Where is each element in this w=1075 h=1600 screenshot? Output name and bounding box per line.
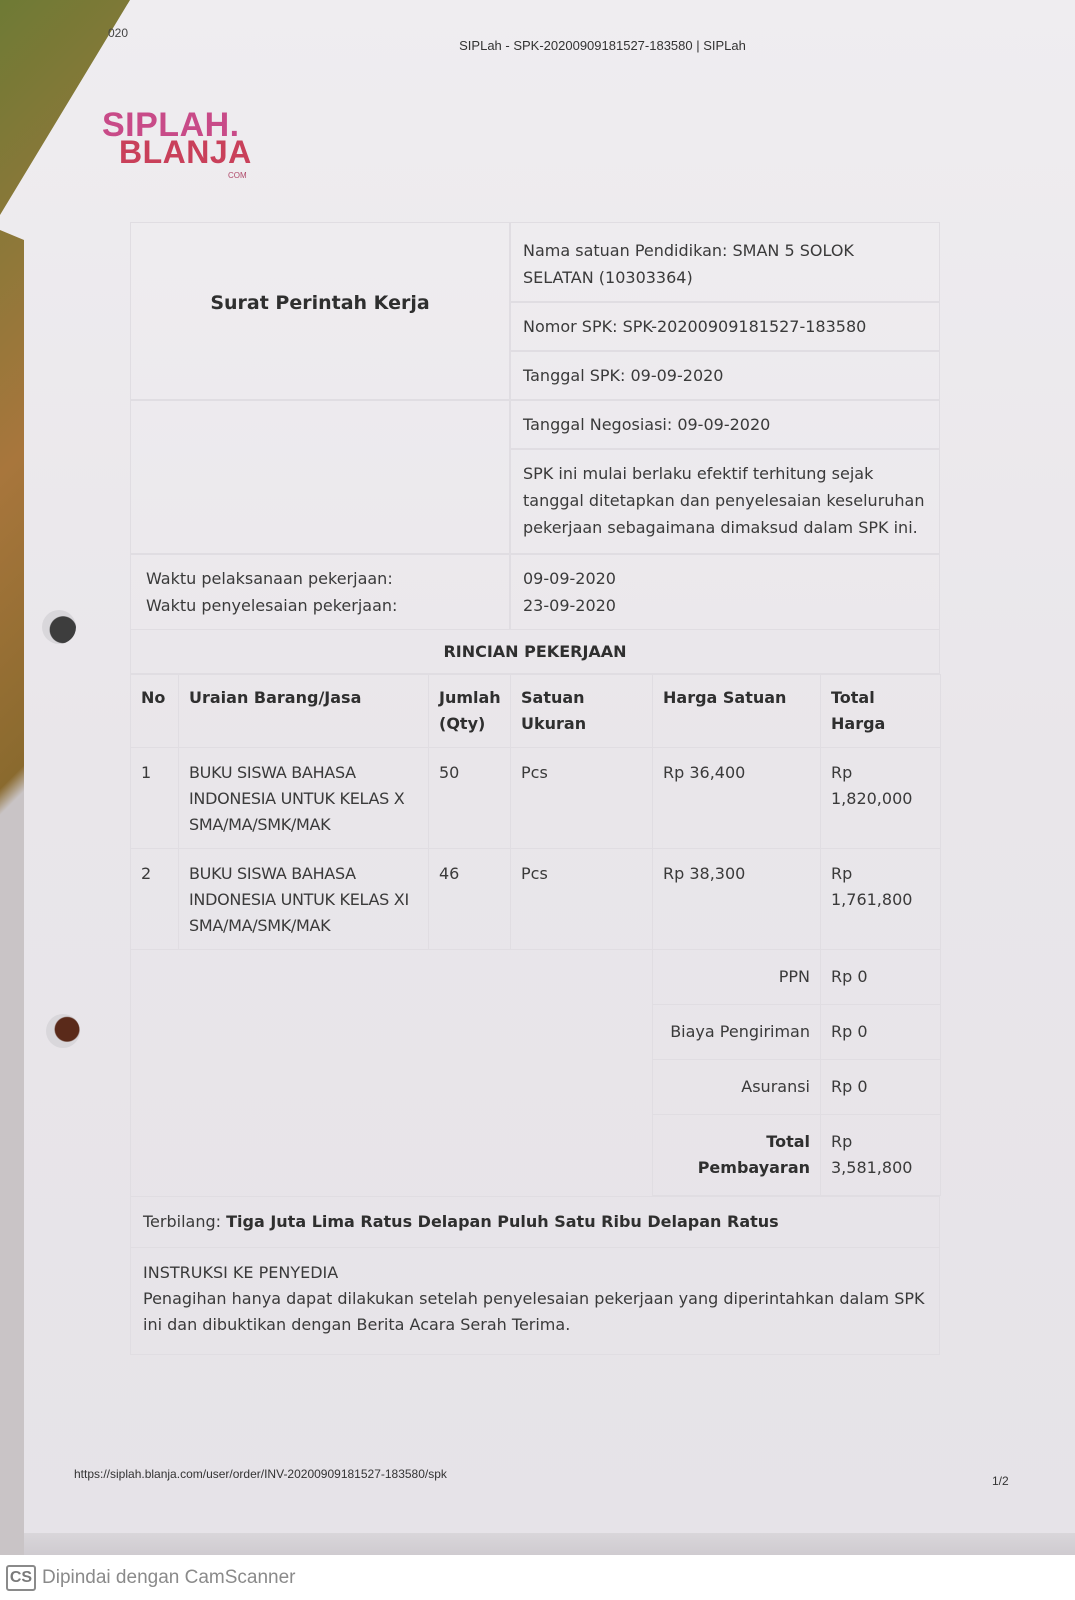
row-no: 1: [131, 748, 179, 849]
row-unit-price: Rp 38,300: [653, 849, 821, 950]
end-label: Waktu penyelesaian pekerjaan:: [146, 592, 497, 619]
schedule-values: 09-09-2020 23-09-2020: [510, 554, 940, 630]
table-row: 1 BUKU SISWA BAHASA INDONESIA UNTUK KELA…: [131, 748, 941, 849]
paper-bottom-edge: [24, 1533, 1075, 1555]
row-qty: 50: [429, 748, 511, 849]
col-unit: Satuan Ukuran: [511, 675, 653, 748]
ppn-value: Rp 0: [821, 950, 941, 1005]
row-total: Rp 1,820,000: [821, 748, 941, 849]
summary-row-insurance: Asuransi Rp 0: [131, 1060, 941, 1115]
end-date: 23-09-2020: [523, 592, 927, 619]
shipping-value: Rp 0: [821, 1005, 941, 1060]
camscanner-logo-icon: CS: [6, 1565, 36, 1591]
camscanner-watermark: CS Dipindai dengan CamScanner: [0, 1555, 1075, 1600]
spk-date: Tanggal SPK: 09-09-2020: [510, 351, 940, 400]
footer-url: https://siplah.blanja.com/user/order/INV…: [74, 1467, 447, 1481]
total-payment-label: Total Pembayaran: [653, 1115, 821, 1196]
insurance-value: Rp 0: [821, 1060, 941, 1115]
camscanner-text: Dipindai dengan CamScanner: [42, 1567, 296, 1589]
items-table: No Uraian Barang/Jasa Jumlah (Qty) Satua…: [130, 674, 941, 1196]
instruction-title: INSTRUKSI KE PENYEDIA: [143, 1260, 927, 1286]
col-total: Total Harga: [821, 675, 941, 748]
col-unit-price: Harga Satuan: [653, 675, 821, 748]
total-payment-value: Rp 3,581,800: [821, 1115, 941, 1196]
header-grid: Surat Perintah Kerja Nama satuan Pendidi…: [130, 222, 940, 554]
row-description: BUKU SISWA BAHASA INDONESIA UNTUK KELAS …: [179, 849, 429, 950]
section-title: RINCIAN PEKERJAAN: [130, 630, 940, 674]
logo-com: COM: [228, 172, 247, 180]
school-name: Nama satuan Pendidikan: SMAN 5 SOLOK SEL…: [510, 222, 940, 302]
row-no: 2: [131, 849, 179, 950]
col-description: Uraian Barang/Jasa: [179, 675, 429, 748]
logo-blanja: BLANJA: [119, 136, 252, 168]
col-no: No: [131, 675, 179, 748]
summary-row-shipping: Biaya Pengiriman Rp 0: [131, 1005, 941, 1060]
schedule-labels: Waktu pelaksanaan pekerjaan: Waktu penye…: [130, 554, 510, 630]
table-header-row: No Uraian Barang/Jasa Jumlah (Qty) Satua…: [131, 675, 941, 748]
row-total: Rp 1,761,800: [821, 849, 941, 950]
page-number: 1/2: [992, 1474, 1009, 1488]
print-header: SIPLah - SPK-20200909181527-183580 | SIP…: [0, 38, 1075, 53]
siplah-blanja-logo: SIPLAH. BLANJA COM: [102, 108, 252, 168]
instruction-text: Penagihan hanya dapat dilakukan setelah …: [143, 1286, 927, 1338]
start-label: Waktu pelaksanaan pekerjaan:: [146, 565, 497, 592]
row-unit-price: Rp 36,400: [653, 748, 821, 849]
provider-instructions: INSTRUKSI KE PENYEDIA Penagihan hanya da…: [130, 1248, 940, 1355]
punch-hole-icon: [46, 1014, 80, 1048]
col-qty: Jumlah (Qty): [429, 675, 511, 748]
ppn-label: PPN: [653, 950, 821, 1005]
row-unit: Pcs: [511, 849, 653, 950]
shipping-label: Biaya Pengiriman: [653, 1005, 821, 1060]
spk-number: Nomor SPK: SPK-20200909181527-183580: [510, 302, 940, 351]
terbilang-label: Terbilang:: [143, 1212, 221, 1231]
summary-row-total: Total Pembayaran Rp 3,581,800: [131, 1115, 941, 1196]
blank-cell: [130, 400, 510, 554]
amount-in-words: Terbilang: Tiga Juta Lima Ratus Delapan …: [130, 1196, 940, 1248]
insurance-label: Asuransi: [653, 1060, 821, 1115]
terbilang-value: Tiga Juta Lima Ratus Delapan Puluh Satu …: [226, 1212, 779, 1231]
summary-row-ppn: PPN Rp 0: [131, 950, 941, 1005]
document-title: Surat Perintah Kerja: [210, 290, 429, 317]
start-date: 09-09-2020: [523, 565, 927, 592]
table-row: 2 BUKU SISWA BAHASA INDONESIA UNTUK KELA…: [131, 849, 941, 950]
document-title-cell: Surat Perintah Kerja: [130, 222, 510, 400]
punch-hole-icon: [42, 610, 76, 644]
row-unit: Pcs: [511, 748, 653, 849]
spk-document: Surat Perintah Kerja Nama satuan Pendidi…: [130, 222, 940, 1355]
row-description: BUKU SISWA BAHASA INDONESIA UNTUK KELAS …: [179, 748, 429, 849]
schedule-row: Waktu pelaksanaan pekerjaan: Waktu penye…: [130, 554, 940, 630]
negotiation-date: Tanggal Negosiasi: 09-09-2020: [510, 400, 940, 449]
effective-note: SPK ini mulai berlaku efektif terhitung …: [510, 449, 940, 554]
row-qty: 46: [429, 849, 511, 950]
